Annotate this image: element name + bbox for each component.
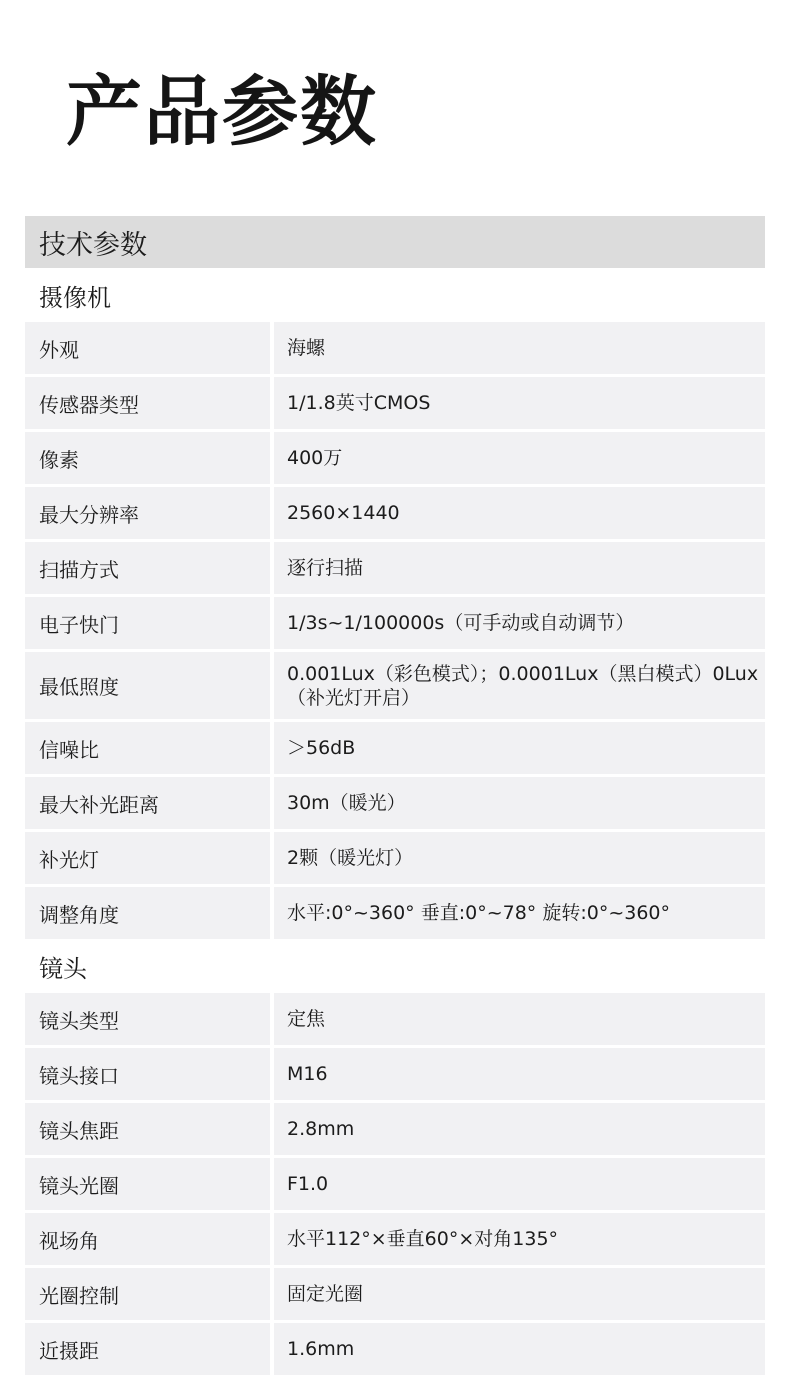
spec-label: 补光灯 [25, 832, 270, 884]
page-title: 产品参数 [66, 64, 378, 160]
table-row: 最低照度 0.001Lux（彩色模式）；0.0001Lux（黑白模式）0Lux（… [25, 652, 765, 719]
table-row: 传感器类型 1/1.8英寸CMOS [25, 377, 765, 429]
section-header-tech-specs: 技术参数 [25, 216, 765, 268]
spec-label: 像素 [25, 432, 270, 484]
table-row: 光圈控制 固定光圈 [25, 1268, 765, 1320]
table-row: 调整角度 水平:0°~360° 垂直:0°~78° 旋转:0°~360° [25, 887, 765, 939]
spec-value: 水平112°×垂直60°×对角135° [274, 1213, 765, 1265]
spec-value: 30m（暖光） [274, 777, 765, 829]
spec-label: 镜头焦距 [25, 1103, 270, 1155]
spec-label: 镜头类型 [25, 993, 270, 1045]
table-row: 外观 海螺 [25, 322, 765, 374]
spec-value: 400万 [274, 432, 765, 484]
group-title-lens: 镜头 [25, 939, 765, 993]
spec-value: ＞56dB [274, 722, 765, 774]
camera-spec-rows: 外观 海螺 传感器类型 1/1.8英寸CMOS 像素 400万 最大分辨率 25… [25, 322, 765, 939]
table-row: 镜头类型 定焦 [25, 993, 765, 1045]
table-row: 信噪比 ＞56dB [25, 722, 765, 774]
group-title-camera: 摄像机 [25, 268, 765, 322]
spec-label: 信噪比 [25, 722, 270, 774]
spec-table: 技术参数 摄像机 外观 海螺 传感器类型 1/1.8英寸CMOS 像素 400万… [25, 216, 765, 1375]
spec-label: 镜头光圈 [25, 1158, 270, 1210]
table-row: 扫描方式 逐行扫描 [25, 542, 765, 594]
table-row: 视场角 水平112°×垂直60°×对角135° [25, 1213, 765, 1265]
spec-label: 视场角 [25, 1213, 270, 1265]
table-row: 像素 400万 [25, 432, 765, 484]
table-row: 电子快门 1/3s~1/100000s（可手动或自动调节） [25, 597, 765, 649]
spec-value: 0.001Lux（彩色模式）；0.0001Lux（黑白模式）0Lux（补光灯开启… [274, 652, 765, 719]
table-row: 最大分辨率 2560×1440 [25, 487, 765, 539]
spec-value: 1.6mm [274, 1323, 765, 1375]
spec-label: 镜头接口 [25, 1048, 270, 1100]
spec-label: 近摄距 [25, 1323, 270, 1375]
spec-label: 最低照度 [25, 652, 270, 719]
spec-value: F1.0 [274, 1158, 765, 1210]
spec-value: 海螺 [274, 322, 765, 374]
spec-value: 定焦 [274, 993, 765, 1045]
spec-value: 2560×1440 [274, 487, 765, 539]
spec-label: 电子快门 [25, 597, 270, 649]
table-row: 近摄距 1.6mm [25, 1323, 765, 1375]
spec-label: 传感器类型 [25, 377, 270, 429]
spec-value: 2颗（暖光灯） [274, 832, 765, 884]
table-row: 最大补光距离 30m（暖光） [25, 777, 765, 829]
spec-value: M16 [274, 1048, 765, 1100]
spec-value: 水平:0°~360° 垂直:0°~78° 旋转:0°~360° [274, 887, 765, 939]
spec-label: 最大分辨率 [25, 487, 270, 539]
spec-label: 调整角度 [25, 887, 270, 939]
spec-label: 外观 [25, 322, 270, 374]
spec-value: 1/1.8英寸CMOS [274, 377, 765, 429]
spec-label: 光圈控制 [25, 1268, 270, 1320]
table-row: 补光灯 2颗（暖光灯） [25, 832, 765, 884]
spec-label: 扫描方式 [25, 542, 270, 594]
spec-label: 最大补光距离 [25, 777, 270, 829]
table-row: 镜头接口 M16 [25, 1048, 765, 1100]
spec-value: 2.8mm [274, 1103, 765, 1155]
table-row: 镜头光圈 F1.0 [25, 1158, 765, 1210]
table-row: 镜头焦距 2.8mm [25, 1103, 765, 1155]
spec-value: 逐行扫描 [274, 542, 765, 594]
spec-value: 固定光圈 [274, 1268, 765, 1320]
spec-value: 1/3s~1/100000s（可手动或自动调节） [274, 597, 765, 649]
lens-spec-rows: 镜头类型 定焦 镜头接口 M16 镜头焦距 2.8mm 镜头光圈 F1.0 视场… [25, 993, 765, 1375]
